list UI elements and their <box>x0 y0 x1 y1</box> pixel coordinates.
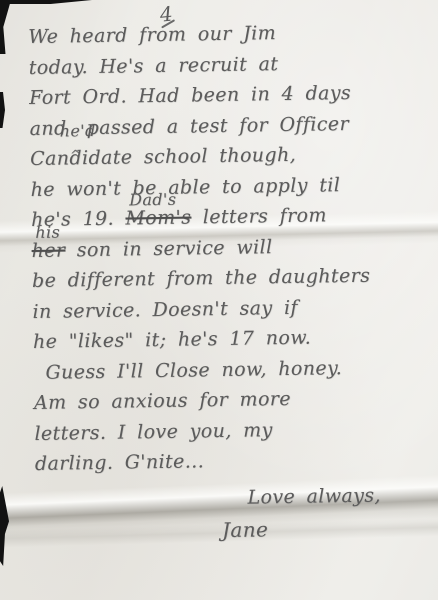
handwritten-text: darling. G'nite... <box>35 450 204 475</box>
handwritten-text: Guess I'll Close now, honey. <box>45 357 342 384</box>
scanned-letter-page: 4 We heard from our Jimtoday. He's a rec… <box>0 0 438 600</box>
correction: Dad'sMom's <box>125 202 191 234</box>
handwritten-text: letters. I love you, my <box>34 419 273 445</box>
handwritten-text: in service. Doesn't say if <box>32 296 298 322</box>
handwritten-text: Am so anxious for more <box>34 388 291 414</box>
handwritten-text: Jane <box>222 517 269 542</box>
replacement-word: Dad's <box>129 185 177 216</box>
handwritten-text: he "likes" it; he's 17 now. <box>33 327 311 353</box>
handwritten-text: he won't be able to apply til <box>30 174 340 201</box>
caret-mark: ^ <box>70 141 82 172</box>
closing-line: Love always, <box>35 479 438 516</box>
letter-line: darling. G'nite... <box>35 443 438 480</box>
handwritten-text: Fort Ord. Had been in 4 days <box>29 82 351 109</box>
handwritten-text: We heard from our Jim <box>28 22 276 48</box>
handwritten-text: Love always, <box>247 484 381 508</box>
signature-line: Jane <box>36 512 438 549</box>
handwritten-text: passed a test for Officer <box>86 112 349 138</box>
letter-body: We heard from our Jimtoday. He's a recru… <box>28 16 438 549</box>
letter-paper: 4 We heard from our Jimtoday. He's a rec… <box>0 0 438 600</box>
handwritten-text: be different from the daughters <box>32 265 371 292</box>
handwritten-text: today. He's a recruit at <box>29 53 279 79</box>
handwritten-text: letters from <box>191 204 327 228</box>
handwritten-text: son in service will <box>65 236 272 261</box>
replacement-word: his <box>35 217 60 248</box>
correction: hisher <box>31 235 65 266</box>
